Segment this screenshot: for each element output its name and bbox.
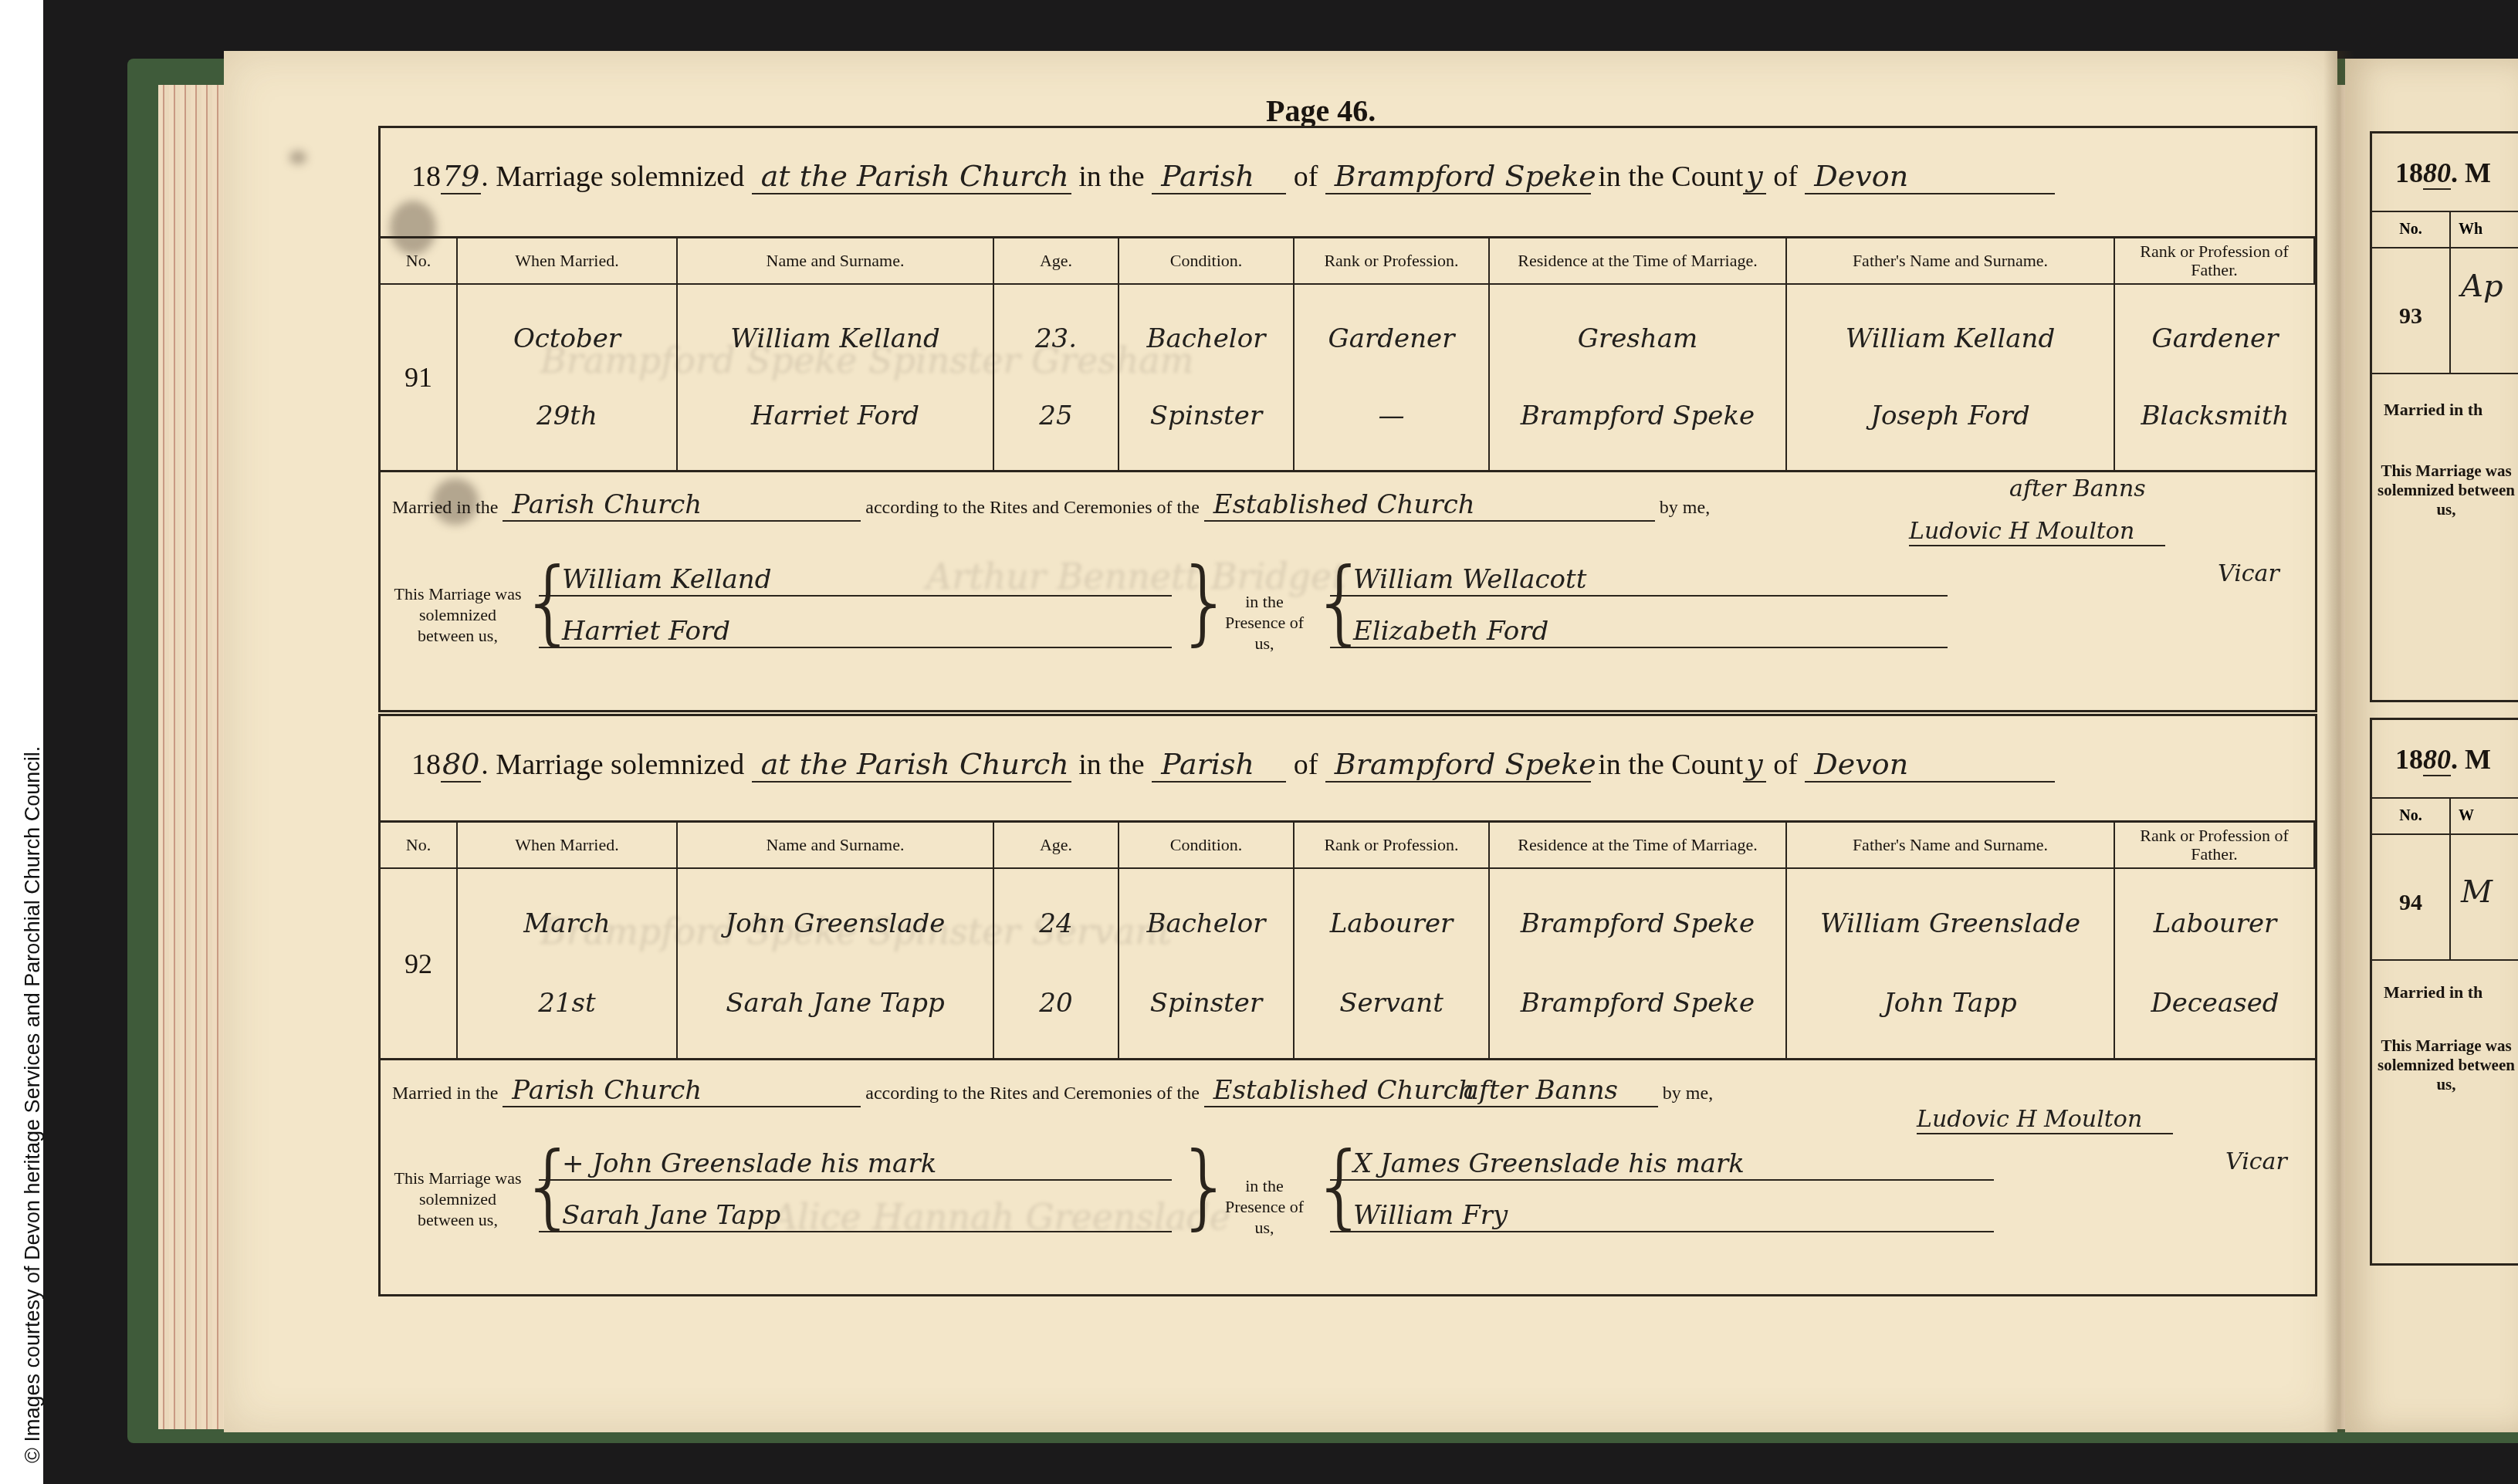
date-fragment: M [2461,874,2493,910]
entry-number-value: 92 [404,948,432,980]
year-prefix: 18 [2395,157,2423,188]
name-cell: John GreensladeSarah Jane Tapp [678,869,994,1058]
signatures-block: This Marriage was solemnized between us,… [381,529,2315,707]
label-according-to: according to the Rites and Ceremonies of… [865,1083,1200,1104]
bride-father: John Tapp [1883,988,2017,1019]
county-suffix: y [1743,747,1765,783]
groom-profession: Gardener [1328,323,1455,354]
when-married-cell: October29th [458,285,678,470]
label-married-in: Married in the [392,1083,498,1104]
place-field: at the Parish Church [752,747,1071,783]
father-profession-cell: GardenerBlacksmith [2115,285,2315,470]
label-of: of [1294,748,1318,782]
groom-profession: Labourer [1330,908,1454,939]
date-month: March [523,908,610,939]
copyright-caption: © Images courtesy of Devon heritage Serv… [22,746,43,1463]
county-field: Devon [1805,747,2055,783]
col-no: No. [381,238,458,285]
year-prefix: 18 [411,160,441,194]
year-suffix: 80 [2423,157,2451,190]
label-in-the-county: in the Count [1598,160,1743,194]
parish-type-field: Parish [1152,159,1286,194]
column-divider [2449,832,2451,959]
facing-year: 1880. M [2395,157,2491,189]
age-cell: 23.25 [994,285,1119,470]
bride-father-profession: Blacksmith [2141,401,2290,431]
bride-residence: Brampford Speke [1521,988,1755,1019]
label-in-the: in the [1078,748,1144,782]
record-table: No. When Married. Name and Surname. Age.… [381,820,2315,1060]
entry-number-value: 91 [404,361,432,394]
married-in-field: Parish Church [503,489,861,522]
label-in-presence: in the Presence of us, [1222,1175,1307,1238]
profession-cell: LabourerServant [1295,869,1490,1058]
rites-field: Established Church [1204,489,1655,522]
bride-profession: — [1379,401,1405,431]
signatures-block: This Marriage was solemnized between us,… [381,1114,2315,1291]
col-when-married: When Married. [458,238,678,285]
col-name: Name and Surname. [678,823,994,869]
father-name-cell: William KellandJoseph Ford [1787,285,2115,470]
profession-cell: Gardener— [1295,285,1490,470]
couple-signatures: William Kelland Harriet Ford [539,545,1172,648]
father-profession-cell: LabourerDeceased [2115,869,2315,1058]
marriage-record-92: 1880. Marriage solemnized at the Parish … [378,714,2317,1296]
col-father-name: Father's Name and Surname. [1787,238,2115,285]
col-no: No. [381,823,458,869]
record-table: No. When Married. Name and Surname. Age.… [381,236,2315,472]
residence-cell: Brampford SpekeBrampford Speke [1490,869,1787,1058]
groom-condition: Bachelor [1147,323,1266,354]
date-fragment: Ap [2461,269,2503,304]
bride-condition: Spinster [1150,988,1262,1019]
col-condition: Condition. [1119,823,1295,869]
groom-name: William Kelland [730,323,939,354]
county-field: Devon [1805,159,2055,194]
col-profession: Rank or Profession. [1295,823,1490,869]
witness-1-signature: X James Greenslade his mark [1330,1129,1994,1181]
label-this-marriage: This Marriage was solemnized between us, [2372,461,2518,519]
title-fragment: . M [2451,744,2491,775]
bride-signature: Harriet Ford [539,597,1172,648]
year-prefix: 18 [411,748,441,782]
rites-field: Established Church [1204,1075,1454,1107]
condition-cell: BachelorSpinster [1119,869,1295,1058]
groom-condition: Bachelor [1147,908,1266,939]
married-in-line: Married in the Parish Church according t… [392,489,1710,522]
bride-father: Joseph Ford [1870,401,2029,431]
place-field: at the Parish Church [752,159,1071,194]
label-in-presence: in the Presence of us, [1222,591,1307,654]
title-fragment: . M [2451,157,2491,188]
groom-signature: + John Greenslade his mark [539,1129,1172,1181]
father-name-cell: William GreensladeJohn Tapp [1787,869,2115,1058]
county-suffix: y [1743,159,1765,194]
witness-2-signature: Elizabeth Ford [1330,597,1948,648]
married-in-line: Married in the Parish Church according t… [392,1075,1713,1107]
parish-type-field: Parish [1152,747,1286,783]
couple-signatures: + John Greenslade his mark Sarah Jane Ta… [539,1129,1172,1232]
bride-age: 20 [1039,988,1072,1019]
ink-spot [289,150,306,164]
married-in-field: Parish Church [503,1075,861,1107]
groom-residence: Brampford Speke [1521,908,1755,939]
col-age: Age. [994,823,1119,869]
caption-strip: © Images courtesy of Devon heritage Serv… [0,0,43,1484]
label-marriage-solemnized: . Marriage solemnized [481,748,744,782]
col-profession: Rank or Profession. [1295,238,1490,285]
year-prefix: 18 [2395,744,2423,775]
bride-name: Harriet Ford [751,401,919,431]
groom-signature: William Kelland [539,545,1172,597]
entry-number: 93 [2372,303,2449,330]
entry-number: 92 [381,869,458,1058]
witness-signatures: X James Greenslade his mark William Fry [1330,1129,1994,1232]
col-father-profession: Rank or Profession of Father. [2115,823,2315,869]
label-this-marriage: This Marriage was solemnized between us, [2372,1036,2518,1094]
label-married-in: Married in the [392,498,498,518]
facing-header-row: No. Wh [2372,211,2518,248]
bride-name: Sarah Jane Tapp [726,988,944,1019]
groom-father: William Kelland [1846,323,2055,354]
page-number: Page 46. [1266,93,1376,129]
facing-header-row: No. W [2372,797,2518,835]
label-of: of [1294,160,1318,194]
label-this-marriage: This Marriage was solemnized between us, [392,1168,523,1230]
col-father-profession: Rank or Profession of Father. [2115,238,2315,285]
groom-father-profession: Gardener [2152,323,2279,354]
married-in-fragment: Married in th [2384,982,2482,1002]
col-residence: Residence at the Time of Marriage. [1490,823,1787,869]
age-cell: 2420 [994,869,1119,1058]
col-residence: Residence at the Time of Marriage. [1490,238,1787,285]
col-age: Age. [994,238,1119,285]
label-this-marriage: This Marriage was solemnized between us, [392,583,523,646]
col-no: No. [2372,212,2451,247]
col-when-married: When Married. [458,823,678,869]
condition-cell: BachelorSpinster [1119,285,1295,470]
record-title: 1879. Marriage solemnized at the Parish … [411,159,2055,194]
groom-name: John Greenslade [726,908,946,939]
bride-father-profession: Deceased [2151,988,2279,1019]
groom-age: 24 [1039,908,1072,939]
record-title: 1880. Marriage solemnized at the Parish … [411,747,2055,783]
parish-field: Brampford Speke [1325,747,1591,783]
label-of: of [1773,748,1798,782]
year-suffix: 79 [441,159,481,194]
banns-note: after Banns [1454,1075,1658,1107]
witness-2-signature: William Fry [1330,1181,1994,1232]
label-according-to: according to the Rites and Ceremonies of… [865,498,1200,518]
bride-signature: Sarah Jane Tapp [539,1181,1172,1232]
year-suffix: 80 [441,747,481,783]
entry-number: 94 [2372,890,2449,916]
facing-record-93: 1880. M No. Wh 93 Ap Married in th This … [2370,131,2518,702]
col-no: No. [2372,799,2451,833]
label-by-me: by me, [1663,1083,1713,1104]
groom-residence: Gresham [1578,323,1697,354]
col-father-name: Father's Name and Surname. [1787,823,2115,869]
col-condition: Condition. [1119,238,1295,285]
label-marriage-solemnized: . Marriage solemnized [481,160,744,194]
col-name: Name and Surname. [678,238,994,285]
facing-record-94: 1880. M No. W 94 M Married in th This Ma… [2370,718,2518,1266]
witness-signatures: William Wellacott Elizabeth Ford [1330,545,1948,648]
married-in-fragment: Married in th [2384,400,2482,420]
col-when-fragment: W [2459,799,2474,833]
bride-condition: Spinster [1150,401,1262,431]
bride-age: 25 [1039,401,1072,431]
groom-father-profession: Labourer [2154,908,2277,939]
row-divider [2372,373,2518,374]
witness-1-signature: William Wellacott [1330,545,1948,597]
facing-year: 1880. M [2395,743,2491,776]
row-divider [2372,959,2518,961]
entry-number: 91 [381,285,458,470]
when-married-cell: March21st [458,869,678,1058]
parish-field: Brampford Speke [1325,159,1591,194]
col-when-fragment: Wh [2459,212,2482,247]
bride-residence: Brampford Speke [1521,401,1755,431]
date-day: 21st [538,988,595,1019]
year-suffix: 80 [2423,744,2451,776]
banns-note: after Banns [2009,475,2146,502]
date-month: October [513,323,621,354]
name-cell: William KellandHarriet Ford [678,285,994,470]
groom-age: 23. [1035,323,1077,354]
label-by-me: by me, [1660,498,1710,518]
column-divider [2449,245,2451,373]
label-in-the: in the [1078,160,1144,194]
date-day: 29th [536,401,597,431]
marriage-record-91: 1879. Marriage solemnized at the Parish … [378,126,2317,712]
label-in-the-county: in the Count [1598,748,1743,782]
groom-father: William Greenslade [1820,908,2080,939]
label-of: of [1773,160,1798,194]
residence-cell: GreshamBrampford Speke [1490,285,1787,470]
bride-profession: Servant [1339,988,1443,1019]
